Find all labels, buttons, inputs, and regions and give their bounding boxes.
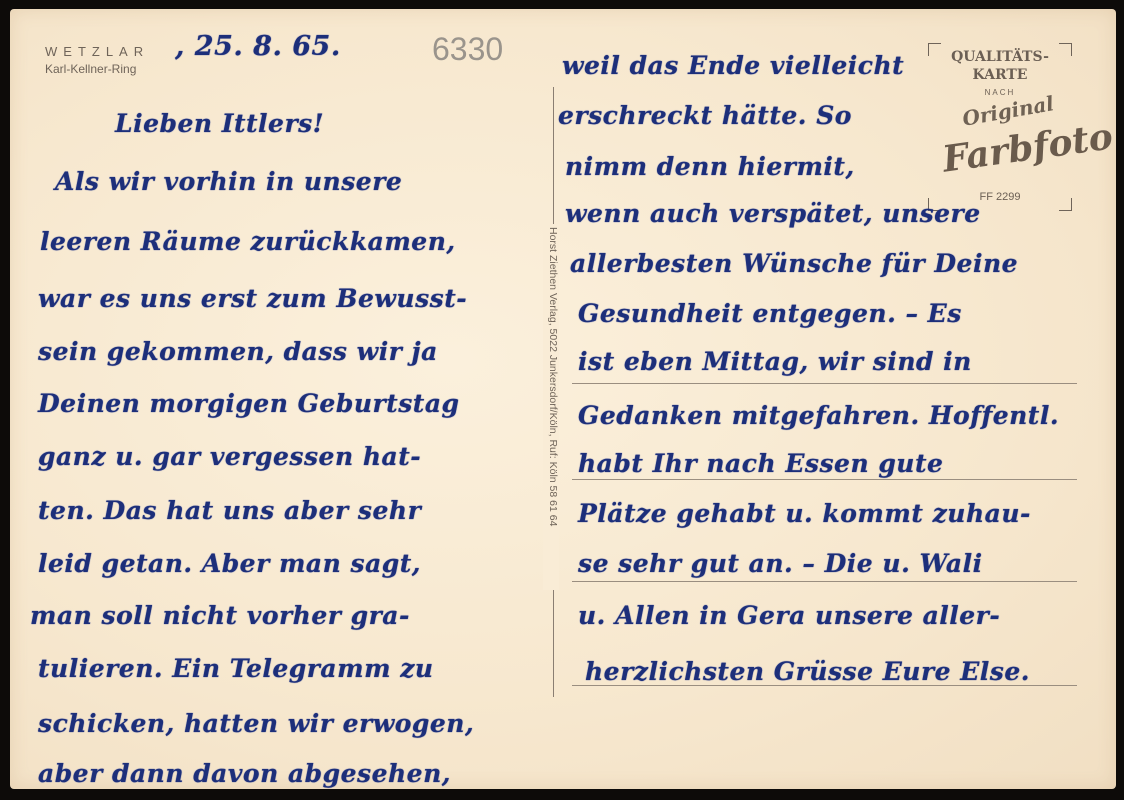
postcard-back: WETZLAR Karl-Kellner-Ring Horst Ziethen … [10,9,1116,789]
right-line: ist eben Mittag, wir sind in [578,347,972,376]
right-line: allerbesten Wünsche für Deine [570,249,1018,278]
handwritten-greeting: Lieben Ittlers! [115,109,324,138]
right-line: habt Ihr nach Essen gute [578,449,943,478]
left-line: aber dann davon abgesehen, [38,759,451,788]
address-line-1 [572,383,1077,384]
printed-town: WETZLAR [45,44,149,59]
left-line: ganz u. gar vergessen hat- [38,442,421,471]
left-line: Deinen morgigen Geburtstag [38,389,460,418]
right-line: Plätze gehabt u. kommt zuhau- [578,499,1031,528]
left-line: schicken, hatten wir erwogen, [38,709,474,738]
right-line: erschreckt hätte. So [558,101,852,130]
left-line: leid getan. Aber man sagt, [38,549,421,578]
left-line: man soll nicht vorher gra- [30,601,410,630]
pencil-note: 6330 [432,31,503,68]
left-line: tulieren. Ein Telegramm zu [38,654,434,683]
right-line: Gesundheit entgegen. – Es [578,299,962,328]
right-line: se sehr gut an. – Die u. Wali [578,549,983,578]
right-line-signature: herzlichsten Grüsse Eure Else. [585,657,1030,686]
right-line: wenn auch verspätet, unsere [565,199,981,228]
stamp-box: QUALITÄTS- KARTE NACH Original Farbfoto … [928,43,1072,211]
handwritten-date: , 25. 8. 65. [175,31,341,62]
right-line: nimm denn hiermit, [565,152,855,181]
right-line: weil das Ende vielleicht [562,51,904,80]
address-line-3 [572,581,1077,582]
right-line-strikethrough: u. Allen in Gera unsere aller- [578,601,1000,630]
publisher-imprint: Horst Ziethen Verlag, 5022 Junkersdorf/K… [543,224,559,590]
printed-street: Karl-Kellner-Ring [45,62,136,76]
left-line: sein gekommen, dass wir ja [38,337,438,366]
stamp-text-karte: KARTE [928,67,1072,83]
left-line: leeren Räume zurückkamen, [40,227,456,256]
left-line: war es uns erst zum Bewusst- [38,284,467,313]
address-line-2 [572,479,1077,480]
left-line: Als wir vorhin in unsere [55,167,402,196]
stamp-text-qualitaets: QUALITÄTS- [928,49,1072,65]
left-line: ten. Das hat uns aber sehr [38,496,421,525]
right-line: Gedanken mitgefahren. Hoffentl. [578,401,1059,430]
